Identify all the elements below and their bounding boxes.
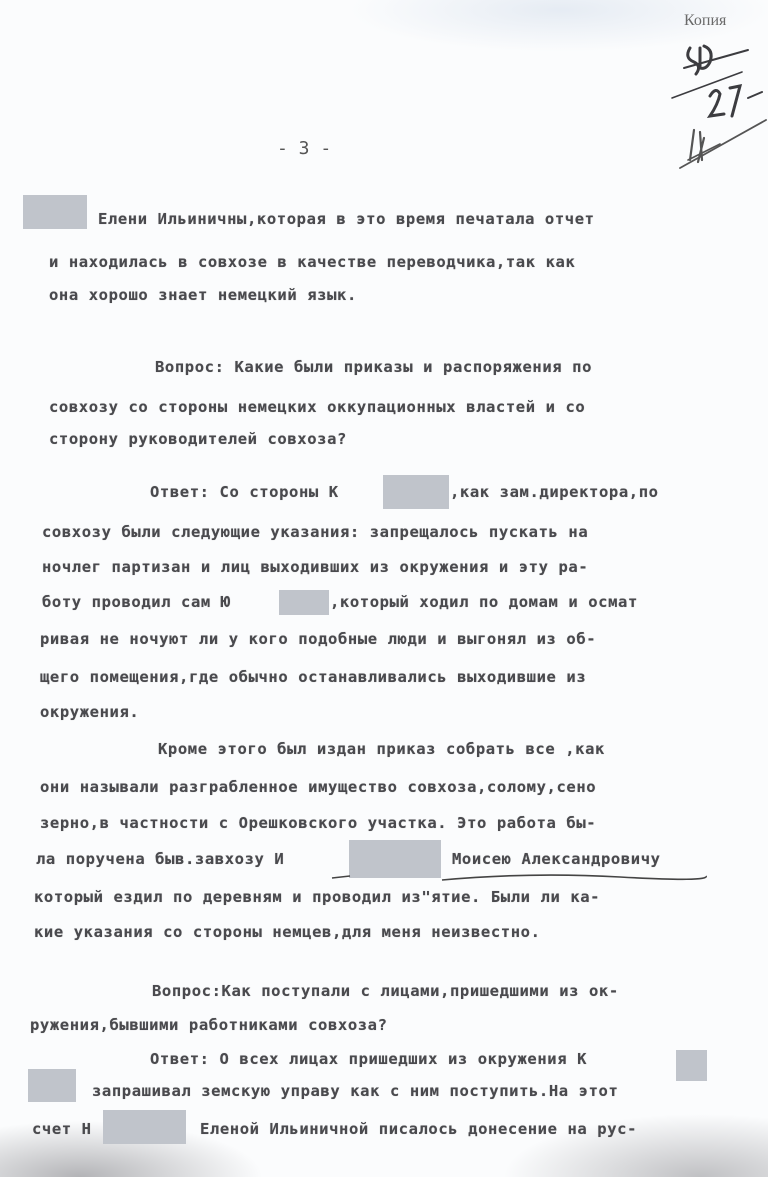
text-line: совхозу со стороны немецких оккупационны…: [49, 398, 585, 416]
text-line: ночлег партизан и лиц выходивших из окру…: [42, 558, 588, 576]
question-line: Вопрос: Какие были приказы и распоряжени…: [155, 358, 592, 376]
text-line: сторону руководителей совхоза?: [49, 430, 347, 448]
text-line: Елени Ильиничны,которая в это время печа…: [98, 210, 595, 228]
document-page: Копия - 3 - Елени Ильиничны,которая в эт…: [0, 0, 768, 1177]
text-line: счет Н: [32, 1120, 92, 1138]
text-line: боту проводил сам Ю: [42, 593, 231, 611]
question-line: Вопрос:Как поступали с лицами,пришедшими…: [152, 982, 619, 1000]
answer-line: Ответ: Со стороны К: [150, 483, 339, 501]
text-line: ривая не ночуют ли у кого подобные люди …: [40, 630, 596, 648]
text-line: щего помещения,где обычно останавливалис…: [40, 668, 586, 686]
text-line: и находилась в совхозе в качестве перево…: [49, 253, 575, 271]
redaction-box: [28, 1069, 76, 1102]
text-line: кие указания со стороны немцев,для меня …: [34, 923, 541, 941]
text-line: они называли разграбленное имущество сов…: [40, 778, 596, 796]
text-line: Моисею Александровичу: [452, 850, 661, 868]
text-line: Кроме этого был издан приказ собрать все…: [158, 740, 605, 758]
text-line: совхозу были следующие указания: запреща…: [42, 523, 588, 541]
page-number: - 3 -: [277, 138, 331, 159]
text-line: ,который ходил по домам и осмат: [330, 593, 638, 611]
text-line: который ездил по деревням и проводил из"…: [34, 888, 600, 906]
redaction-box: [676, 1050, 707, 1081]
text-line: запрашивал земскую управу как с ним пост…: [92, 1082, 618, 1100]
text-line: зерно,в частности с Орешковского участка…: [40, 814, 596, 832]
text-line: ,как зам.директора,по: [450, 483, 659, 501]
redaction-box: [383, 475, 449, 509]
redaction-box: [23, 195, 87, 229]
handwritten-archive-marks-icon: [660, 20, 768, 170]
text-line: ла поручена быв.завхозу И: [36, 850, 284, 868]
text-line: ружения,бывшими работниками совхоза?: [30, 1016, 388, 1034]
text-line: окружения.: [40, 703, 139, 721]
redaction-box: [279, 590, 329, 615]
text-line: Еленой Ильиничной писалось донесение на …: [200, 1120, 637, 1138]
handwritten-underline-icon: [330, 868, 710, 884]
answer-line: Ответ: О всех лицах пришедших из окружен…: [150, 1050, 587, 1068]
redaction-box: [103, 1110, 186, 1144]
text-line: она хорошо знает немецкий язык.: [49, 286, 357, 304]
